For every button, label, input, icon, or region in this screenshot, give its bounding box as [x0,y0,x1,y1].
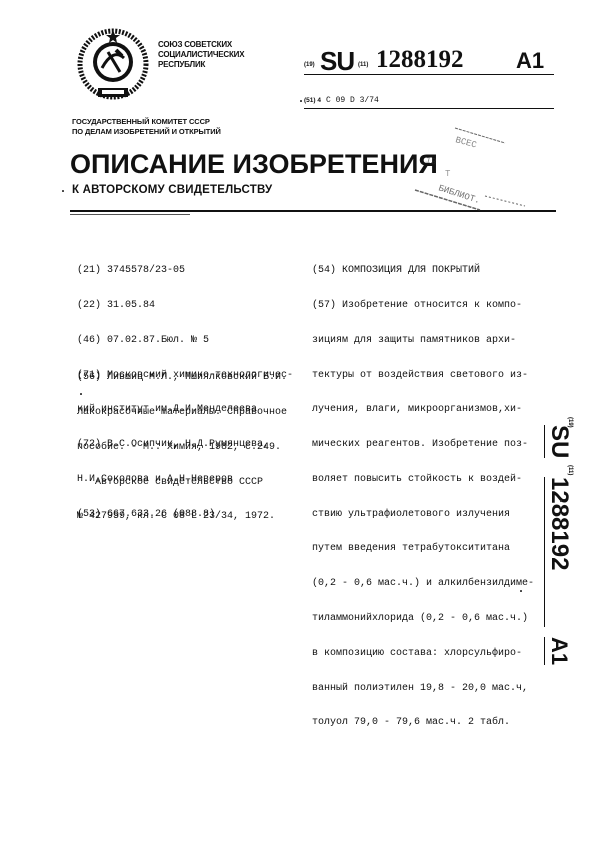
union-name: СОЮЗ СОВЕТСКИХ СОЦИАЛИСТИЧЕСКИХ РЕСПУБЛИ… [158,40,244,70]
document-subtitle: К АВТОРСКОМУ СВИДЕТЕЛЬСТВУ [72,184,272,196]
abstract-line: в композицию состава: хлорсульфиро- [312,648,534,660]
abstract-line: воляет повысить стойкость к воздей- [312,474,534,486]
abstract-line: мических реагентов. Изобретение поз- [312,439,534,451]
header-divider-thin [70,214,190,215]
patent-number: 1288192 [376,46,464,74]
abstract-line: (54) КОМПОЗИЦИЯ ДЛЯ ПОКРЫТИЙ [312,265,534,277]
scan-speck [62,190,64,192]
biblio-line: (22) 31.05.84 [77,300,293,312]
side-patent-number: (19) SU (11) 1288192 A1 [533,415,573,675]
side-inid-code-11: (11) [567,465,573,475]
reference-line: Лакокрасочные материалы. Справочное [77,407,287,419]
svg-text:ВСЕС: ВСЕС [454,135,478,150]
committee-line: ПО ДЕЛАМ ИЗОБРЕТЕНИЙ И ОТКРЫТИЙ [72,127,221,137]
ipc-value: C 09 D 3/74 [326,96,379,105]
abstract-line: (57) Изобретение относится к компо- [312,300,534,312]
svg-text:Т: Т [445,169,451,179]
biblio-line: (46) 07.02.87.Бюл. № 5 [77,335,293,347]
union-line: СОЦИАЛИСТИЧЕСКИХ [158,50,244,60]
committee-name: ГОСУДАРСТВЕННЫЙ КОМИТЕТ СССР ПО ДЕЛАМ ИЗ… [72,117,221,137]
union-line: РЕСПУБЛИК [158,60,244,70]
side-patent-number-value: 1288192 [544,477,573,627]
scan-speck [300,100,302,102]
reference-line: (56) Лившиц М.Л., Пшиялковский Б.И. [77,372,287,384]
patent-number-header: (19) SU (11) 1288192 A1 [304,46,554,75]
abstract-line: ствию ультрафиолетового излучения [312,509,534,521]
abstract-line: зициям для защиты памятников архи- [312,335,534,347]
union-line: СОЮЗ СОВЕТСКИХ [158,40,244,50]
abstract-line: толуол 79,0 - 79,6 мас.ч. 2 табл. [312,717,534,729]
scan-speck [80,393,82,395]
kind-code: A1 [516,48,544,74]
abstract-line: путем введения тетрабутоксититана [312,543,534,555]
inid-code-19: (19) [304,62,315,68]
ipc-label: (51) 4 [304,97,321,104]
references: (56) Лившиц М.Л., Пшиялковский Б.И. Лако… [77,349,287,535]
country-code: SU [320,46,354,77]
abstract-line: (0,2 - 0,6 мас.ч.) и алкилбензилдиме- [312,578,534,590]
document-title: ОПИСАНИЕ ИЗОБРЕТЕНИЯ [70,149,438,180]
scan-speck [520,590,522,592]
abstract-line: ванный полиэтилен 19,8 - 20,0 мас.ч, [312,683,534,695]
scan-speck [560,500,562,502]
biblio-line: (21) 3745578/23-05 [77,265,293,277]
svg-text:13: 13 [424,155,437,167]
abstract: (54) КОМПОЗИЦИЯ ДЛЯ ПОКРЫТИЙ (57) Изобре… [312,242,534,741]
abstract-line: тектуры от воздействия светового из- [312,370,534,382]
ipc-classification: (51) 4 C 09 D 3/74 [304,96,554,109]
side-country-code: SU [544,425,573,458]
committee-line: ГОСУДАРСТВЕННЫЙ КОМИТЕТ СССР [72,117,221,127]
ussr-emblem-icon [76,28,150,102]
abstract-line: тиламмонийхлорида (0,2 - 0,6 мас.ч.) [312,613,534,625]
svg-text:БИБЛИОТ.: БИБЛИОТ. [437,183,481,206]
library-stamp-icon: ВСЕС 13 Т БИБЛИОТ. [410,118,560,213]
inid-code-11: (11) [358,62,368,68]
side-kind-code: A1 [544,637,573,665]
abstract-line: лучения, влаги, микроорганизмов,хи- [312,404,534,416]
reference-line: № 427959, кл. С 08 L 23/34, 1972. [77,511,287,523]
reference-line: Авторское свидетельство СССР [77,477,287,489]
reference-line: пособие. - М.: Химия, 1982, с.249. [77,442,287,454]
